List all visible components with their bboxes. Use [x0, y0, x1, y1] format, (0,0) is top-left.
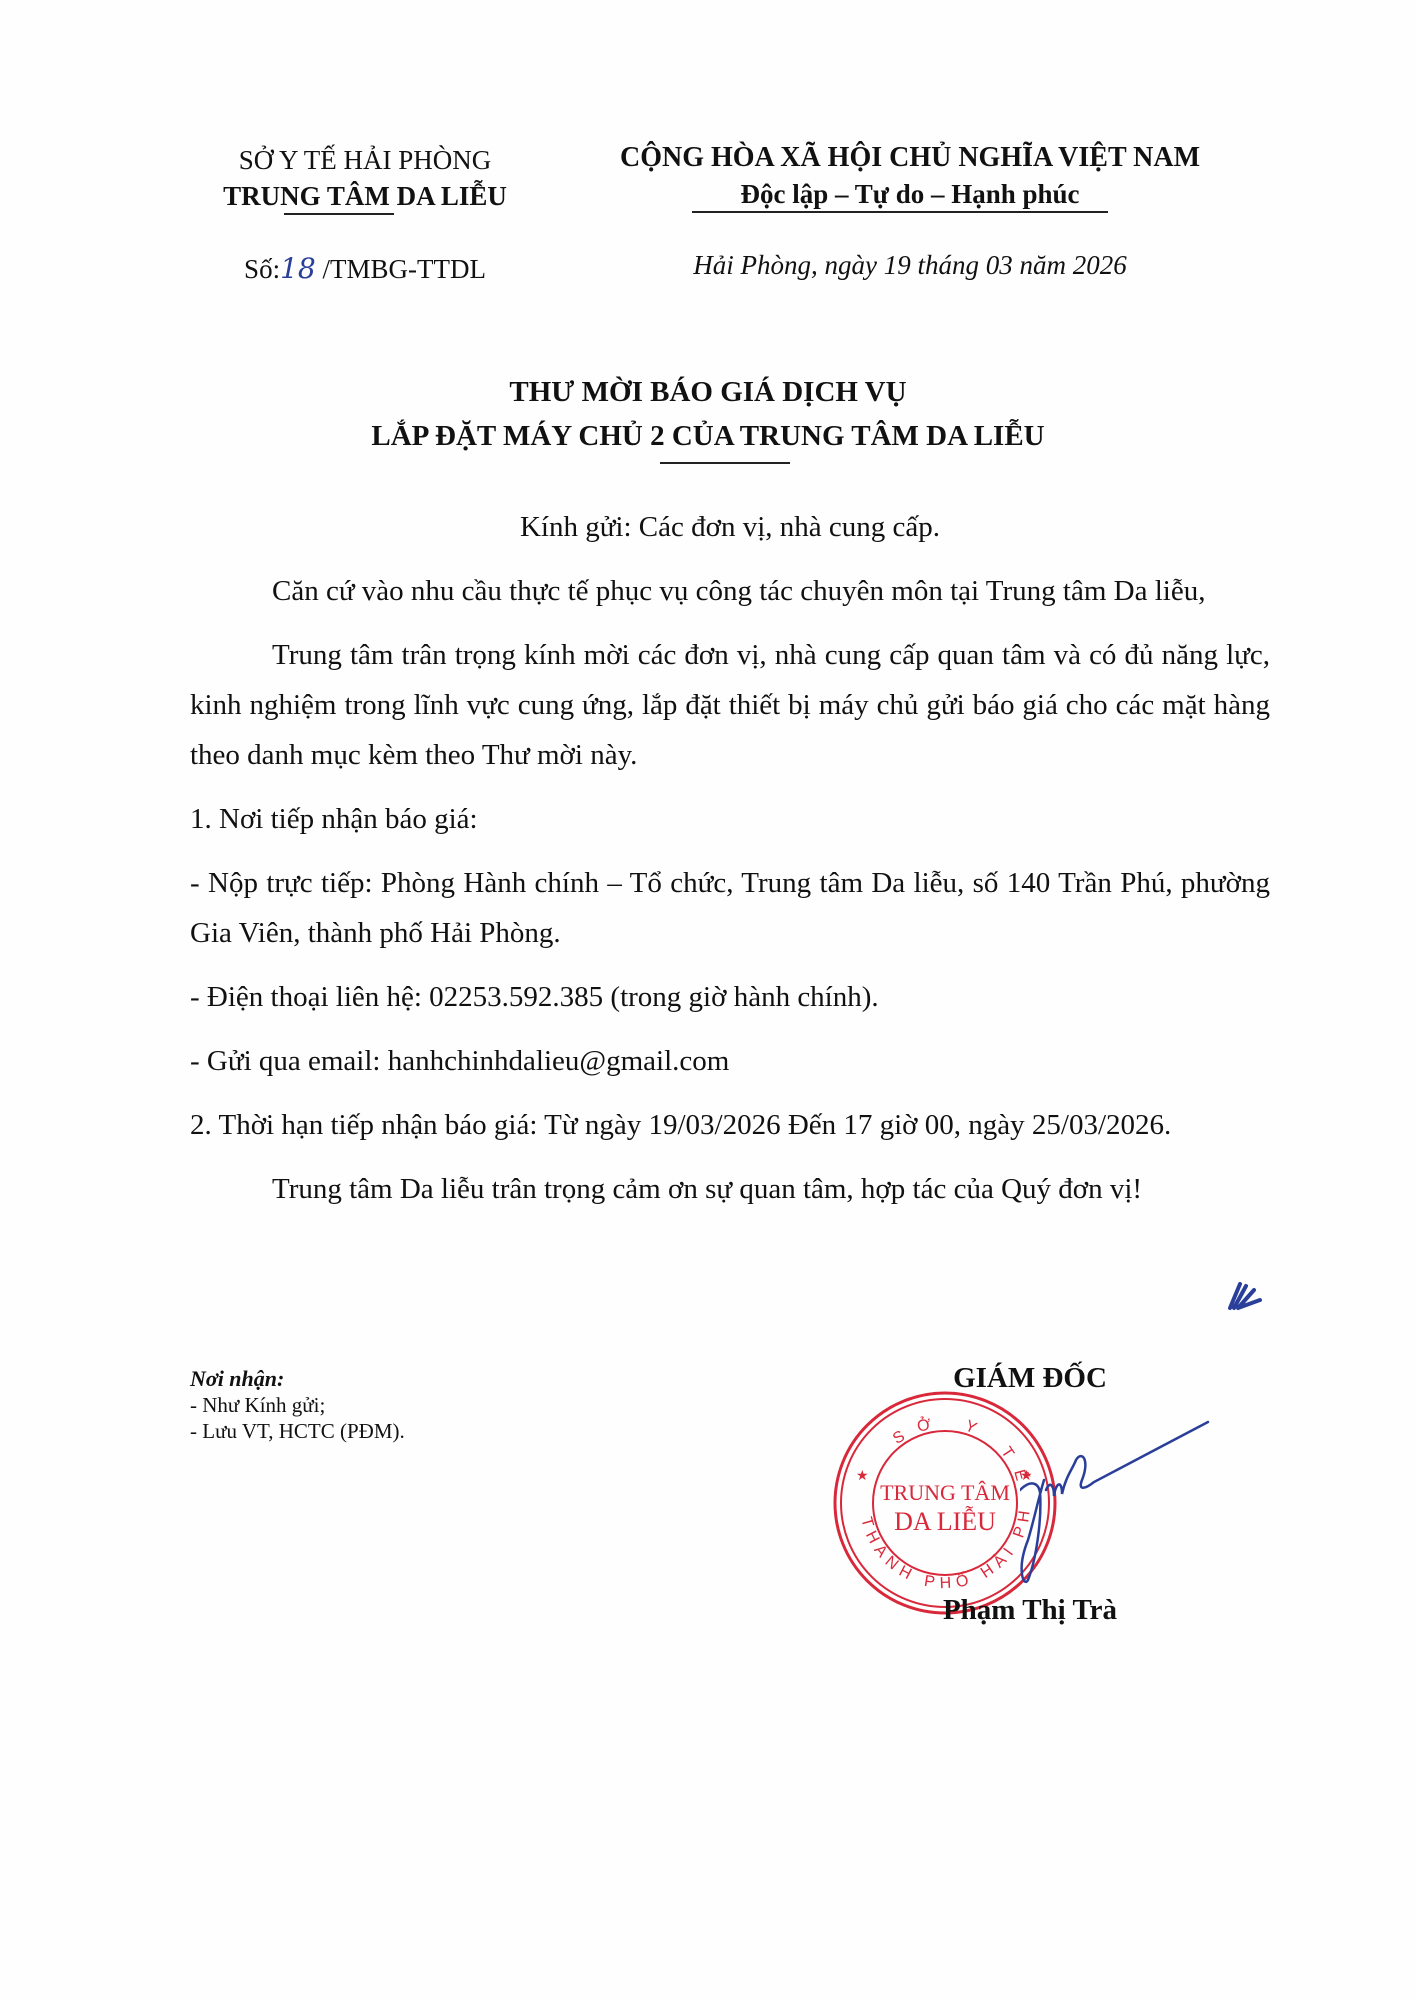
motto-underline — [692, 211, 1108, 213]
recipient-item: - Lưu VT, HCTC (PĐM). — [190, 1418, 405, 1444]
ref-suffix: /TMBG-TTDL — [316, 254, 486, 284]
section-2-deadline: 2. Thời hạn tiếp nhận báo giá: Từ ngày 1… — [190, 1100, 1270, 1150]
unit-underline — [284, 213, 394, 215]
section-1-item-email: - Gửi qua email: hanhchinhdalieu@gmail.c… — [190, 1036, 1270, 1086]
title-line-1: THƯ MỜI BÁO GIÁ DỊCH VỤ — [140, 370, 1276, 414]
recipients-label: Nơi nhận: — [190, 1366, 405, 1392]
place-and-date: Hải Phòng, ngày 19 tháng 03 năm 2026 — [560, 250, 1260, 281]
unit-name: TRUNG TÂM DA LIỄU — [170, 178, 560, 214]
section-1-heading: 1. Nơi tiếp nhận báo giá: — [190, 794, 1270, 844]
paragraph-invitation: Trung tâm trân trọng kính mời các đơn vị… — [190, 630, 1270, 780]
issuing-agency-block: SỞ Y TẾ HẢI PHÒNG TRUNG TÂM DA LIỄU — [170, 142, 560, 214]
signer-name: Phạm Thị Trà — [880, 1594, 1180, 1627]
recipient-item: - Như Kính gửi; — [190, 1392, 405, 1418]
handwritten-signature-icon — [1020, 1420, 1210, 1590]
svg-text:DA LIỄU: DA LIỄU — [894, 1506, 996, 1536]
svg-text:★: ★ — [856, 1467, 869, 1483]
initials-paraph-icon — [1226, 1278, 1266, 1312]
recipients-block: Nơi nhận: - Như Kính gửi; - Lưu VT, HCTC… — [190, 1366, 405, 1444]
document-title: THƯ MỜI BÁO GIÁ DỊCH VỤ LẮP ĐẶT MÁY CHỦ … — [140, 370, 1276, 458]
title-underline — [660, 462, 790, 464]
country-name: CỘNG HÒA XÃ HỘI CHỦ NGHĨA VIỆT NAM — [560, 140, 1260, 176]
agency-name: SỞ Y TẾ HẢI PHÒNG — [170, 142, 560, 178]
ref-number-handwritten: 18 — [280, 252, 316, 285]
section-1-item-phone: - Điện thoại liên hệ: 02253.592.385 (tro… — [190, 972, 1270, 1022]
greeting: Kính gửi: Các đơn vị, nhà cung cấp. — [190, 502, 1270, 552]
letter-body: Kính gửi: Các đơn vị, nhà cung cấp. Căn … — [190, 502, 1270, 1228]
national-motto: Độc lập – Tự do – Hạnh phúc — [560, 176, 1260, 212]
title-line-2: LẮP ĐẶT MÁY CHỦ 2 CỦA TRUNG TÂM DA LIỄU — [140, 414, 1276, 458]
closing-remark: Trung tâm Da liễu trân trọng cảm ơn sự q… — [190, 1164, 1270, 1214]
national-header: CỘNG HÒA XÃ HỘI CHỦ NGHĨA VIỆT NAM Độc l… — [560, 140, 1260, 212]
paragraph-basis: Căn cứ vào nhu cầu thực tế phục vụ công … — [190, 566, 1270, 616]
ref-prefix: Số: — [244, 254, 280, 284]
section-1-item-address: - Nộp trực tiếp: Phòng Hành chính – Tổ c… — [190, 858, 1270, 958]
svg-text:TRUNG TÂM: TRUNG TÂM — [880, 1480, 1010, 1505]
document-reference: Số:18 /TMBG-TTDL — [170, 252, 560, 285]
